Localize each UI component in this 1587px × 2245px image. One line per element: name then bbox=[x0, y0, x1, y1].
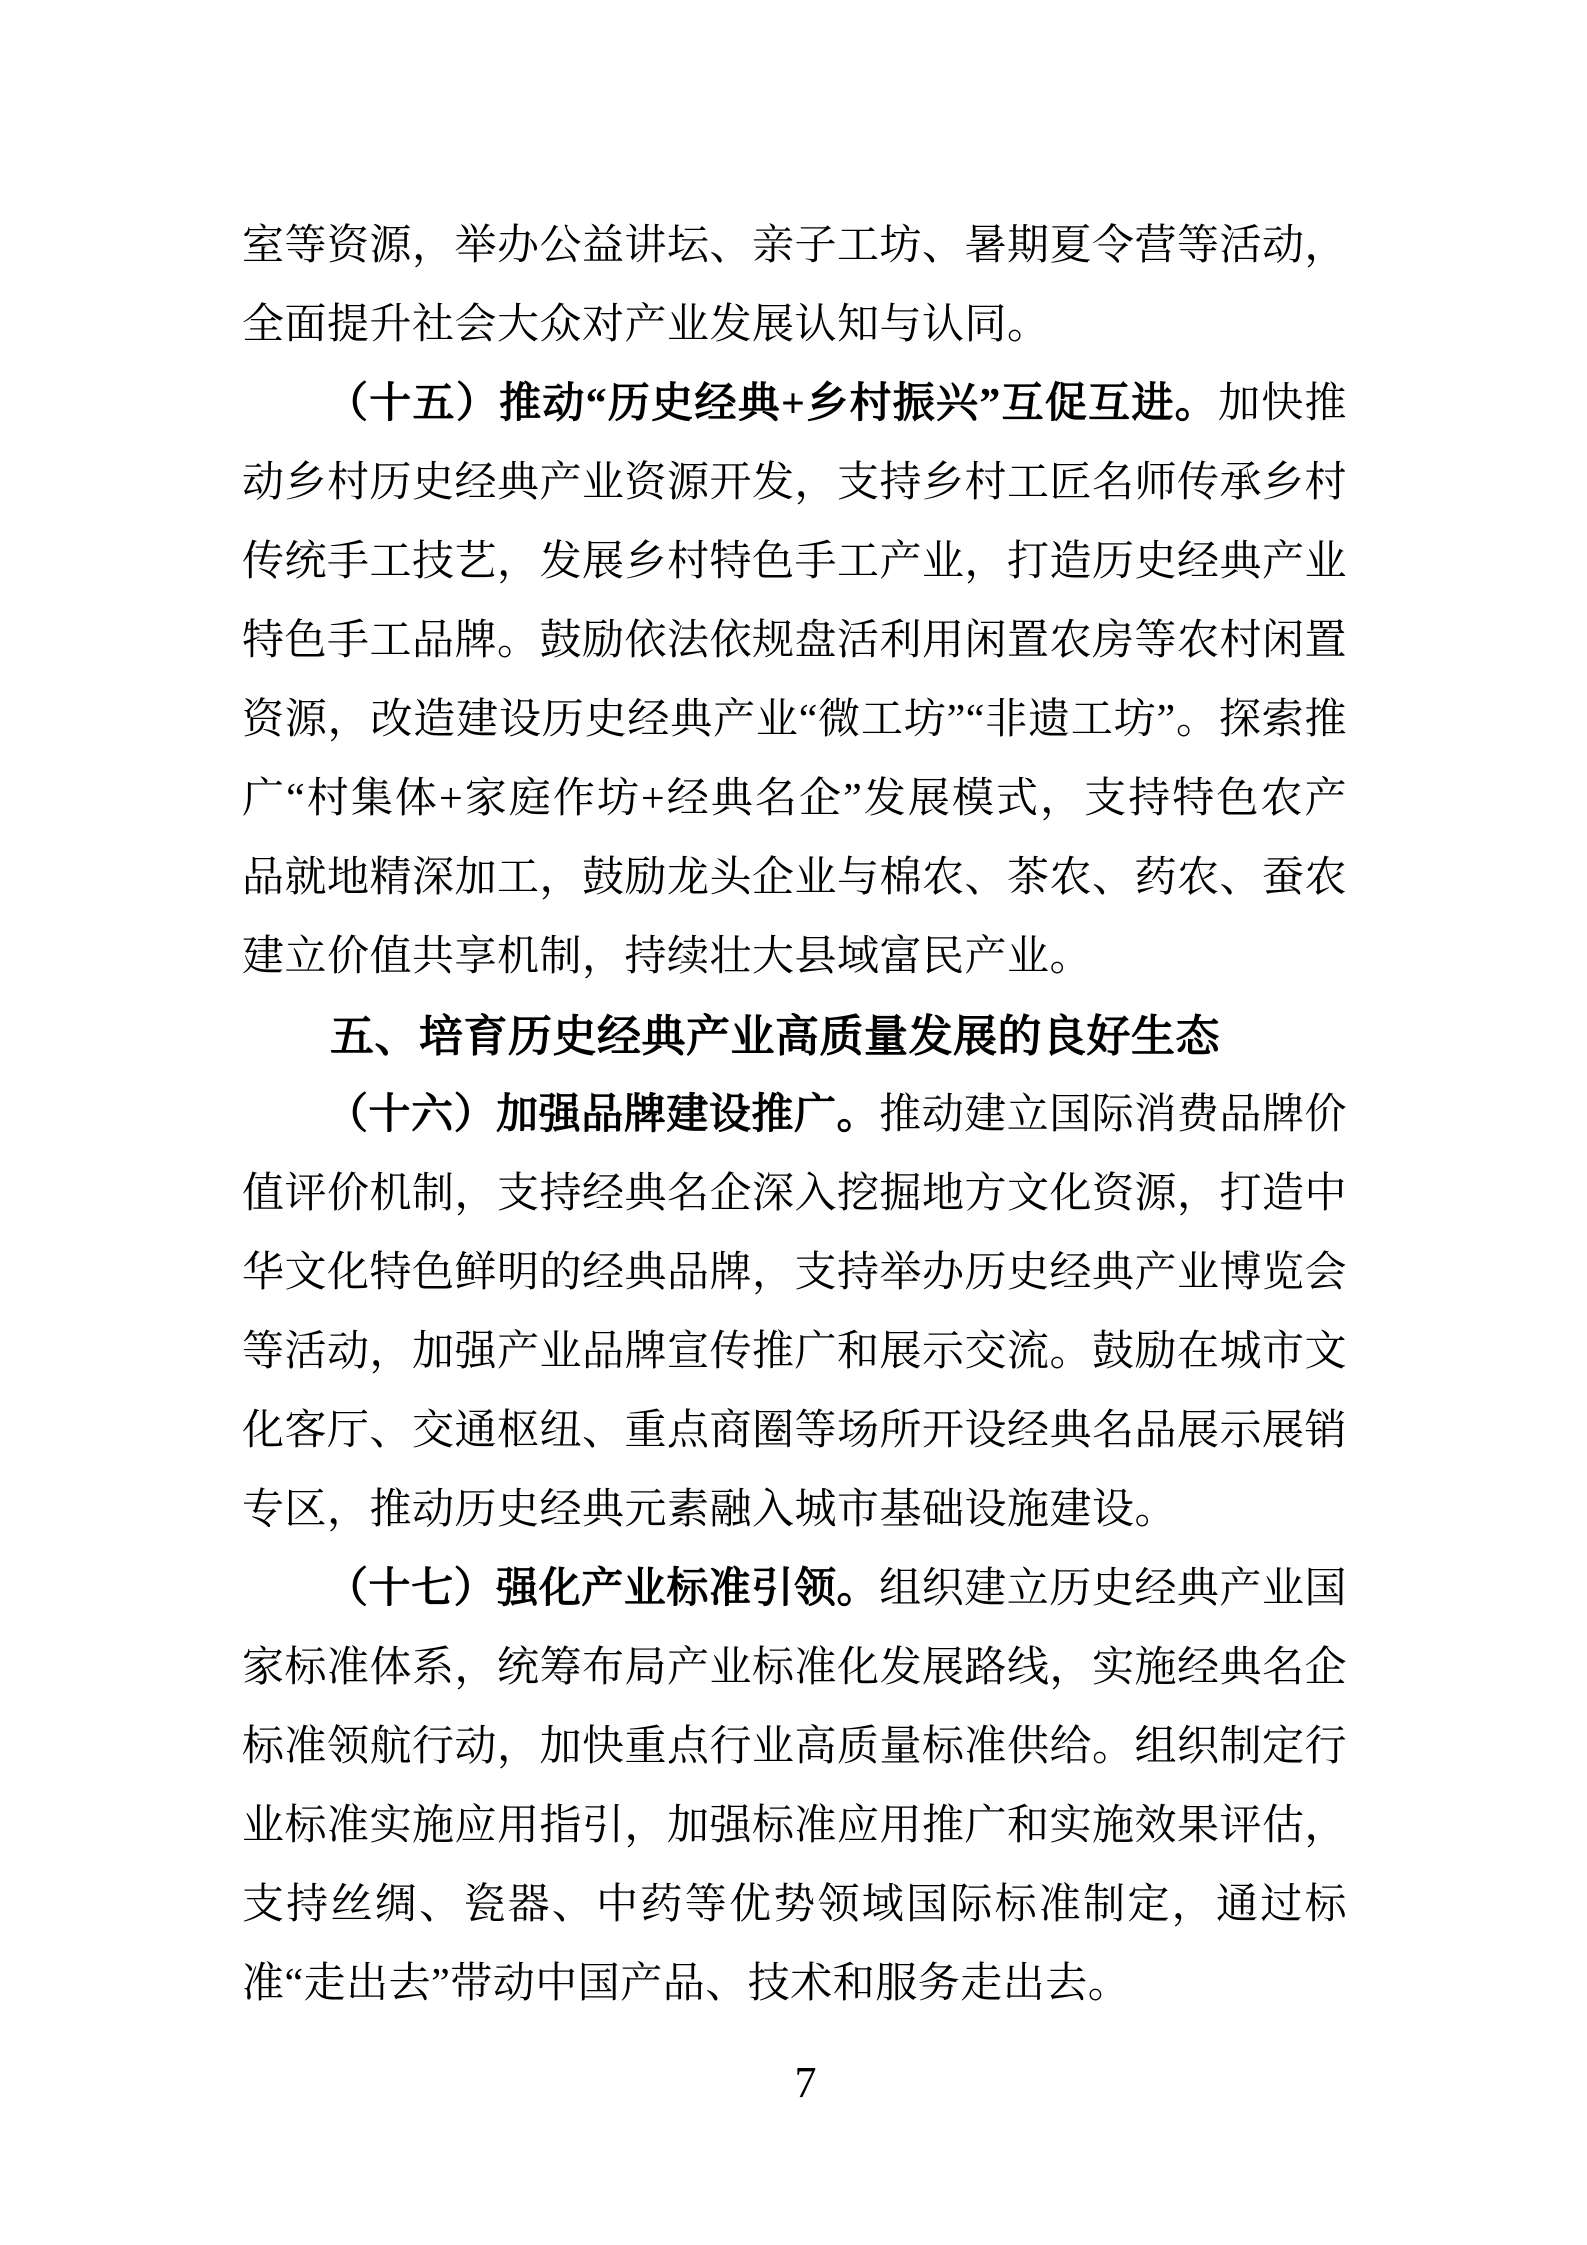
paragraph-text: 组织建立历史经典产业国家标准体系，统筹布局产业标准化发展路线，实施经典名企标准领… bbox=[242, 1566, 1347, 2007]
paragraph-item-15: （十五）推动“历史经典+乡村振兴”互促互进。加快推动乡村历史经典产业资源开发，支… bbox=[242, 365, 1347, 997]
paragraph-item-16: （十六）加强品牌建设推广。推动建立国际消费品牌价值评价机制，支持经典名企深入挖掘… bbox=[242, 1076, 1347, 1550]
paragraph-continuation: 室等资源，举办公益讲坛、亲子工坊、暑期夏令营等活动，全面提升社会大众对产业发展认… bbox=[242, 207, 1347, 365]
paragraph-text: 室等资源，举办公益讲坛、亲子工坊、暑期夏令营等活动，全面提升社会大众对产业发展认… bbox=[242, 223, 1347, 348]
section-heading-5: 五、培育历史经典产业高质量发展的良好生态 bbox=[242, 997, 1347, 1076]
paragraph-item-17: （十七）强化产业标准引领。组织建立历史经典产业国家标准体系，统筹布局产业标准化发… bbox=[242, 1550, 1347, 2024]
paragraph-lead-bold: （十五）推动“历史经典+乡村振兴”互促互进。 bbox=[326, 381, 1218, 427]
document-body: 室等资源，举办公益讲坛、亲子工坊、暑期夏令营等活动，全面提升社会大众对产业发展认… bbox=[242, 207, 1347, 2024]
paragraph-lead-bold: （十七）强化产业标准引领。 bbox=[326, 1566, 879, 1612]
page-number: 7 bbox=[795, 2058, 817, 2108]
paragraph-text: 推动建立国际消费品牌价值评价机制，支持经典名企深入挖掘地方文化资源，打造中华文化… bbox=[242, 1092, 1347, 1533]
paragraph-lead-bold: （十六）加强品牌建设推广。 bbox=[326, 1092, 879, 1138]
document-page: 室等资源，举办公益讲坛、亲子工坊、暑期夏令营等活动，全面提升社会大众对产业发展认… bbox=[0, 0, 1587, 2245]
paragraph-text: 加快推动乡村历史经典产业资源开发，支持乡村工匠名师传承乡村传统手工技艺，发展乡村… bbox=[242, 381, 1347, 980]
